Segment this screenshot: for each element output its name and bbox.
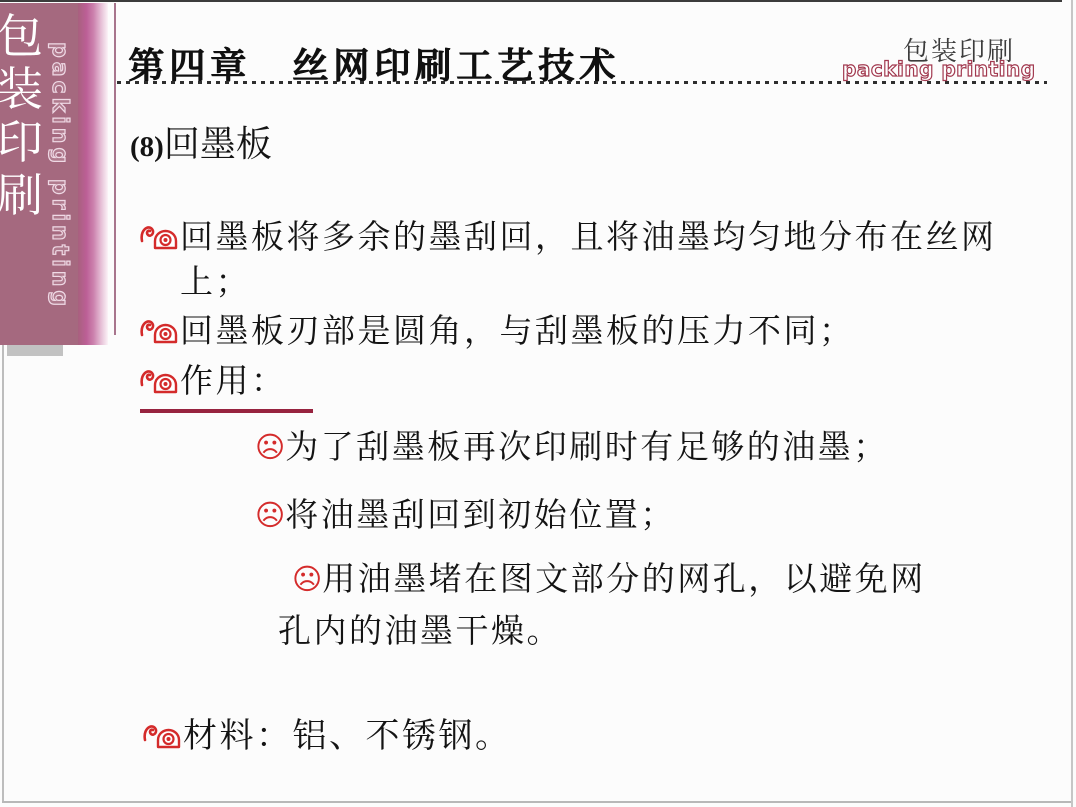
sub-bullet-item: ☹将油墨刮回到初始位置； [255, 490, 975, 542]
frowning-face-icon: ☹ [255, 430, 285, 464]
section-heading: (8)回墨板 [130, 116, 272, 167]
sidebar-char: 刷 [0, 169, 46, 222]
logo-english: packing printing [842, 57, 1036, 81]
bullet-item: 回墨板将多余的墨刮回，且将油墨均匀地分布在丝网 上； [140, 216, 1076, 305]
sidebar-shadow [7, 345, 63, 356]
sub-bullet-text: 为了刮墨板再次印刷时有足够的油墨； [285, 430, 889, 466]
telephone-icon [140, 221, 178, 251]
slide-page: 包 装 印 刷 packing printing 第四章 丝网印刷工艺技术 包装… [0, 0, 1076, 807]
sub-bullet-text: 用油墨堵在图文部分的网孔，以避免网 孔内的油墨干燥。 [278, 562, 926, 650]
sub-bullet-item: ☹用油墨堵在图文部分的网孔，以避免网 孔内的油墨干燥。 [278, 554, 998, 658]
sidebar-vertical-subtitle: packing printing [45, 42, 72, 342]
bullet-text: 回墨板刃部是圆角，与刮墨板的压力不同； [180, 314, 855, 350]
sidebar-char: 包 [0, 10, 46, 63]
bullet-item: 作用： [140, 360, 1040, 413]
sub-bullet-item: ☹为了刮墨板再次印刷时有足够的油墨； [255, 422, 975, 474]
telephone-icon [140, 365, 178, 395]
frowning-face-icon: ☹ [255, 498, 285, 532]
section-heading-text: 回墨板 [164, 124, 272, 164]
top-border-line [0, 0, 1062, 2]
sub-bullet-text: 将油墨刮回到初始位置； [285, 498, 676, 534]
material-item: 材料：铝、不锈钢。 [143, 708, 512, 757]
header-dashed-rule [117, 81, 1047, 84]
sidebar-char: 装 [0, 63, 46, 116]
sidebar-gradient-strip [78, 3, 108, 345]
bullet-text: 回墨板将多余的墨刮回，且将油墨均匀地分布在丝网 上； [180, 220, 997, 301]
section-number: (8) [130, 131, 164, 163]
telephone-icon [140, 315, 178, 345]
telephone-icon [143, 720, 181, 750]
material-text: 材料：铝、不锈钢。 [183, 718, 512, 755]
bullet-text: 作用： [180, 364, 287, 400]
frowning-face-icon: ☹ [292, 562, 322, 596]
sidebar-vertical-title: 包 装 印 刷 [0, 10, 46, 222]
bottom-border-line [2, 801, 1071, 803]
sidebar-accent-line [114, 3, 116, 335]
bullet-item: 回墨板刃部是圆角，与刮墨板的压力不同； [140, 310, 1076, 355]
sidebar-char: 印 [0, 116, 46, 169]
underlined-label: 作用： [140, 360, 313, 413]
right-border-line [1071, 0, 1073, 807]
